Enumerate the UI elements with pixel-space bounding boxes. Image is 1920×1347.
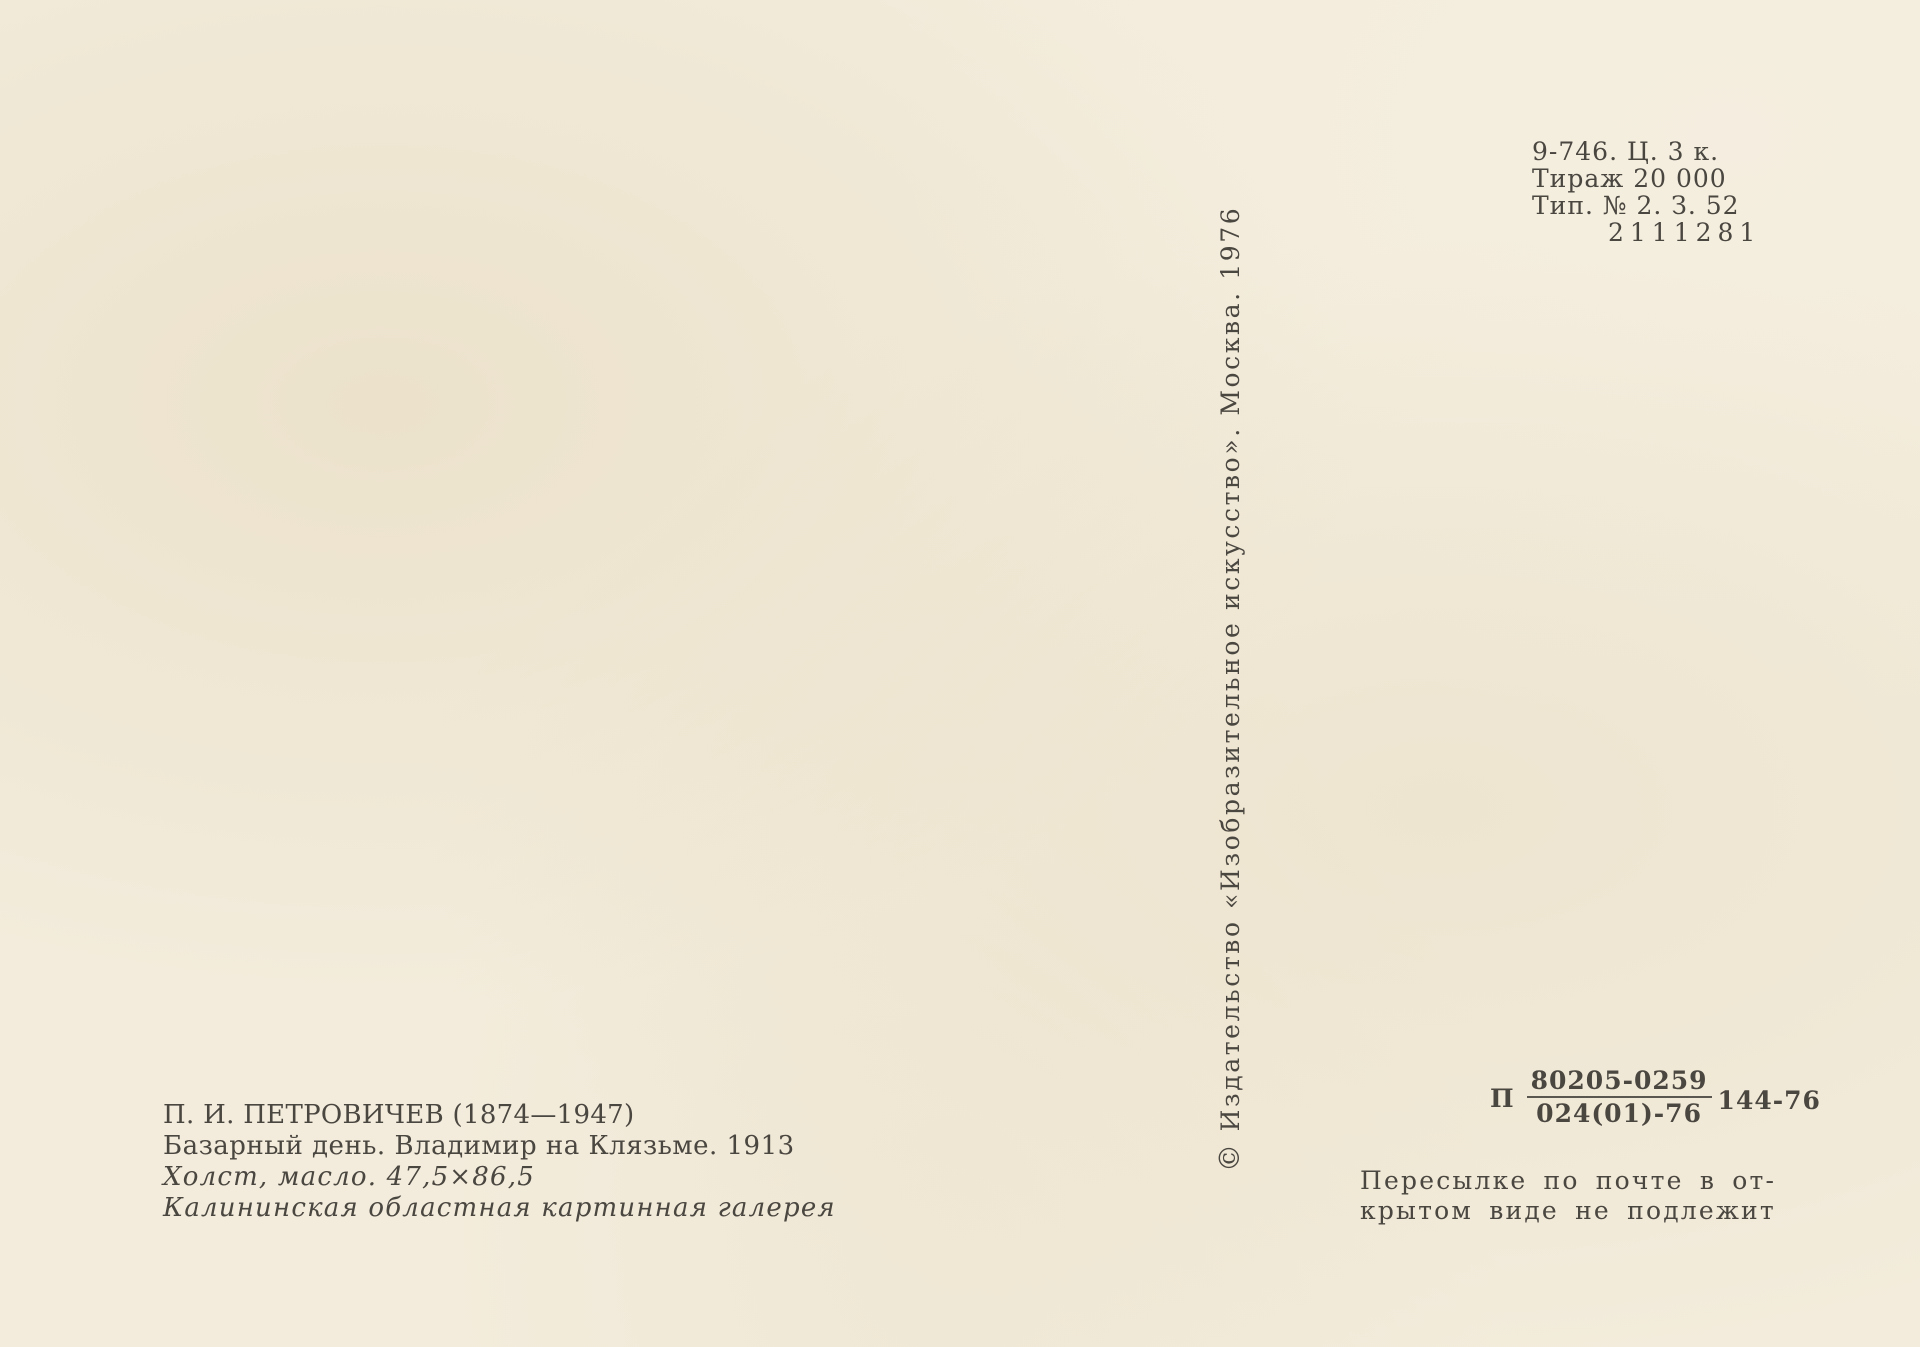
artist-name: П. И. ПЕТРОВИЧЕВ (1874—1947) [163, 1100, 836, 1131]
index-suffix: 144-76 [1718, 1086, 1821, 1115]
index-fraction: 80205-0259 024(01)-76 [1527, 1068, 1712, 1129]
copyright-icon: © [1216, 1141, 1244, 1172]
artwork-title: Базарный день. Владимир на Клязьме. 1913 [163, 1131, 836, 1162]
index-prefix: П [1490, 1084, 1515, 1113]
index-denominator: 024(01)-76 [1536, 1098, 1702, 1129]
postal-note: Пересылке по почте в от- крытом виде не … [1360, 1166, 1776, 1226]
postal-note-line-1: Пересылке по почте в от- [1360, 1166, 1776, 1196]
artwork-collection: Калининская областная картинная галерея [163, 1193, 836, 1224]
publisher-text: Издательство «Изобразительное искусство»… [1216, 206, 1245, 1132]
print-order-price: 9-746. Ц. 3 к. [1532, 138, 1761, 165]
artwork-caption: П. И. ПЕТРОВИЧЕВ (1874—1947) Базарный де… [163, 1100, 836, 1224]
index-numerator: 80205-0259 [1527, 1068, 1712, 1098]
catalog-index: П 80205-0259 024(01)-76 144-76 [1490, 1068, 1821, 1129]
print-info: 9-746. Ц. 3 к. Тираж 20 000 Тип. № 2. З.… [1532, 138, 1761, 246]
print-run: Тираж 20 000 [1532, 165, 1761, 192]
postal-note-line-2: крытом виде не подлежит [1360, 1196, 1776, 1226]
print-code: 2111281 [1532, 219, 1761, 246]
artwork-medium: Холст, масло. 47,5×86,5 [163, 1162, 836, 1193]
printing-house: Тип. № 2. З. 52 [1532, 192, 1761, 219]
publisher-line: ©Издательство «Изобразительное искусство… [1216, 206, 1245, 1172]
